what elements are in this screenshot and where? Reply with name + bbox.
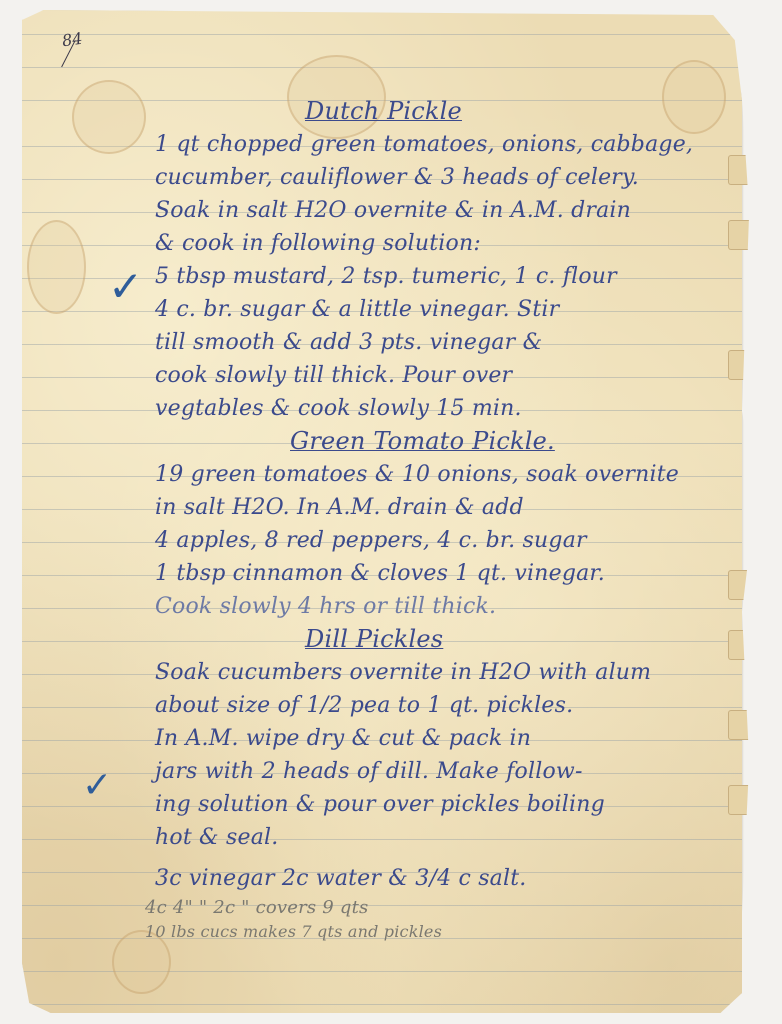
water-stain xyxy=(72,80,146,154)
recipe-line: Soak cucumbers overnite in H2O with alum xyxy=(155,656,765,689)
recipe-line: 19 green tomatoes & 10 onions, soak over… xyxy=(155,458,765,491)
recipe-line: hot & seal. xyxy=(155,821,765,854)
recipe-line: Soak in salt H2O overnite & in A.M. drai… xyxy=(155,194,765,227)
recipe-line: 1 tbsp cinnamon & cloves 1 qt. vinegar. xyxy=(155,557,765,590)
recipe-line: 1 qt chopped green tomatoes, onions, cab… xyxy=(155,128,765,161)
recipe-dill-pickles: Dill Pickles Soak cucumbers overnite in … xyxy=(155,623,765,943)
recipe-line: about size of 1/2 pea to 1 qt. pickles. xyxy=(155,689,765,722)
recipe-line: in salt H2O. In A.M. drain & add xyxy=(155,491,765,524)
recipe-line: cook slowly till thick. Pour over xyxy=(155,359,765,392)
recipe-line: vegtables & cook slowly 15 min. xyxy=(155,392,765,425)
recipe-line: In A.M. wipe dry & cut & pack in xyxy=(155,722,765,755)
recipe-line: ing solution & pour over pickles boiling xyxy=(155,788,765,821)
recipe-line: 4 c. br. sugar & a little vinegar. Stir xyxy=(155,293,765,326)
recipe-line: 3c vinegar 2c water & 3/4 c salt. xyxy=(155,862,765,895)
pencil-note: 4c 4" " 2c " covers 9 qts xyxy=(145,895,765,921)
recipe-dutch-pickle: Dutch Pickle 1 qt chopped green tomatoes… xyxy=(155,95,765,425)
recipe-line: & cook in following solution: xyxy=(155,227,765,260)
recipe-title: Dill Pickles xyxy=(155,623,765,656)
recipe-line: jars with 2 heads of dill. Make follow- xyxy=(155,755,765,788)
recipe-line: cucumber, cauliflower & 3 heads of celer… xyxy=(155,161,765,194)
page-number: 84 xyxy=(61,29,84,51)
recipe-green-tomato-pickle: Green Tomato Pickle. 19 green tomatoes &… xyxy=(155,425,765,623)
recipe-title: Green Tomato Pickle. xyxy=(155,425,765,458)
recipe-content: Dutch Pickle 1 qt chopped green tomatoes… xyxy=(155,95,765,943)
check-mark-icon: ✓ xyxy=(108,262,143,311)
recipe-line: till smooth & add 3 pts. vinegar & xyxy=(155,326,765,359)
pencil-note: 10 lbs cucs makes 7 qts and pickles xyxy=(145,921,765,943)
recipe-line: Cook slowly 4 hrs or till thick. xyxy=(155,590,765,623)
water-stain xyxy=(27,220,86,314)
check-mark-icon: ✓ xyxy=(82,765,112,806)
recipe-line: 4 apples, 8 red peppers, 4 c. br. sugar xyxy=(155,524,765,557)
recipe-line: 5 tbsp mustard, 2 tsp. tumeric, 1 c. flo… xyxy=(155,260,765,293)
recipe-title: Dutch Pickle xyxy=(155,95,765,128)
